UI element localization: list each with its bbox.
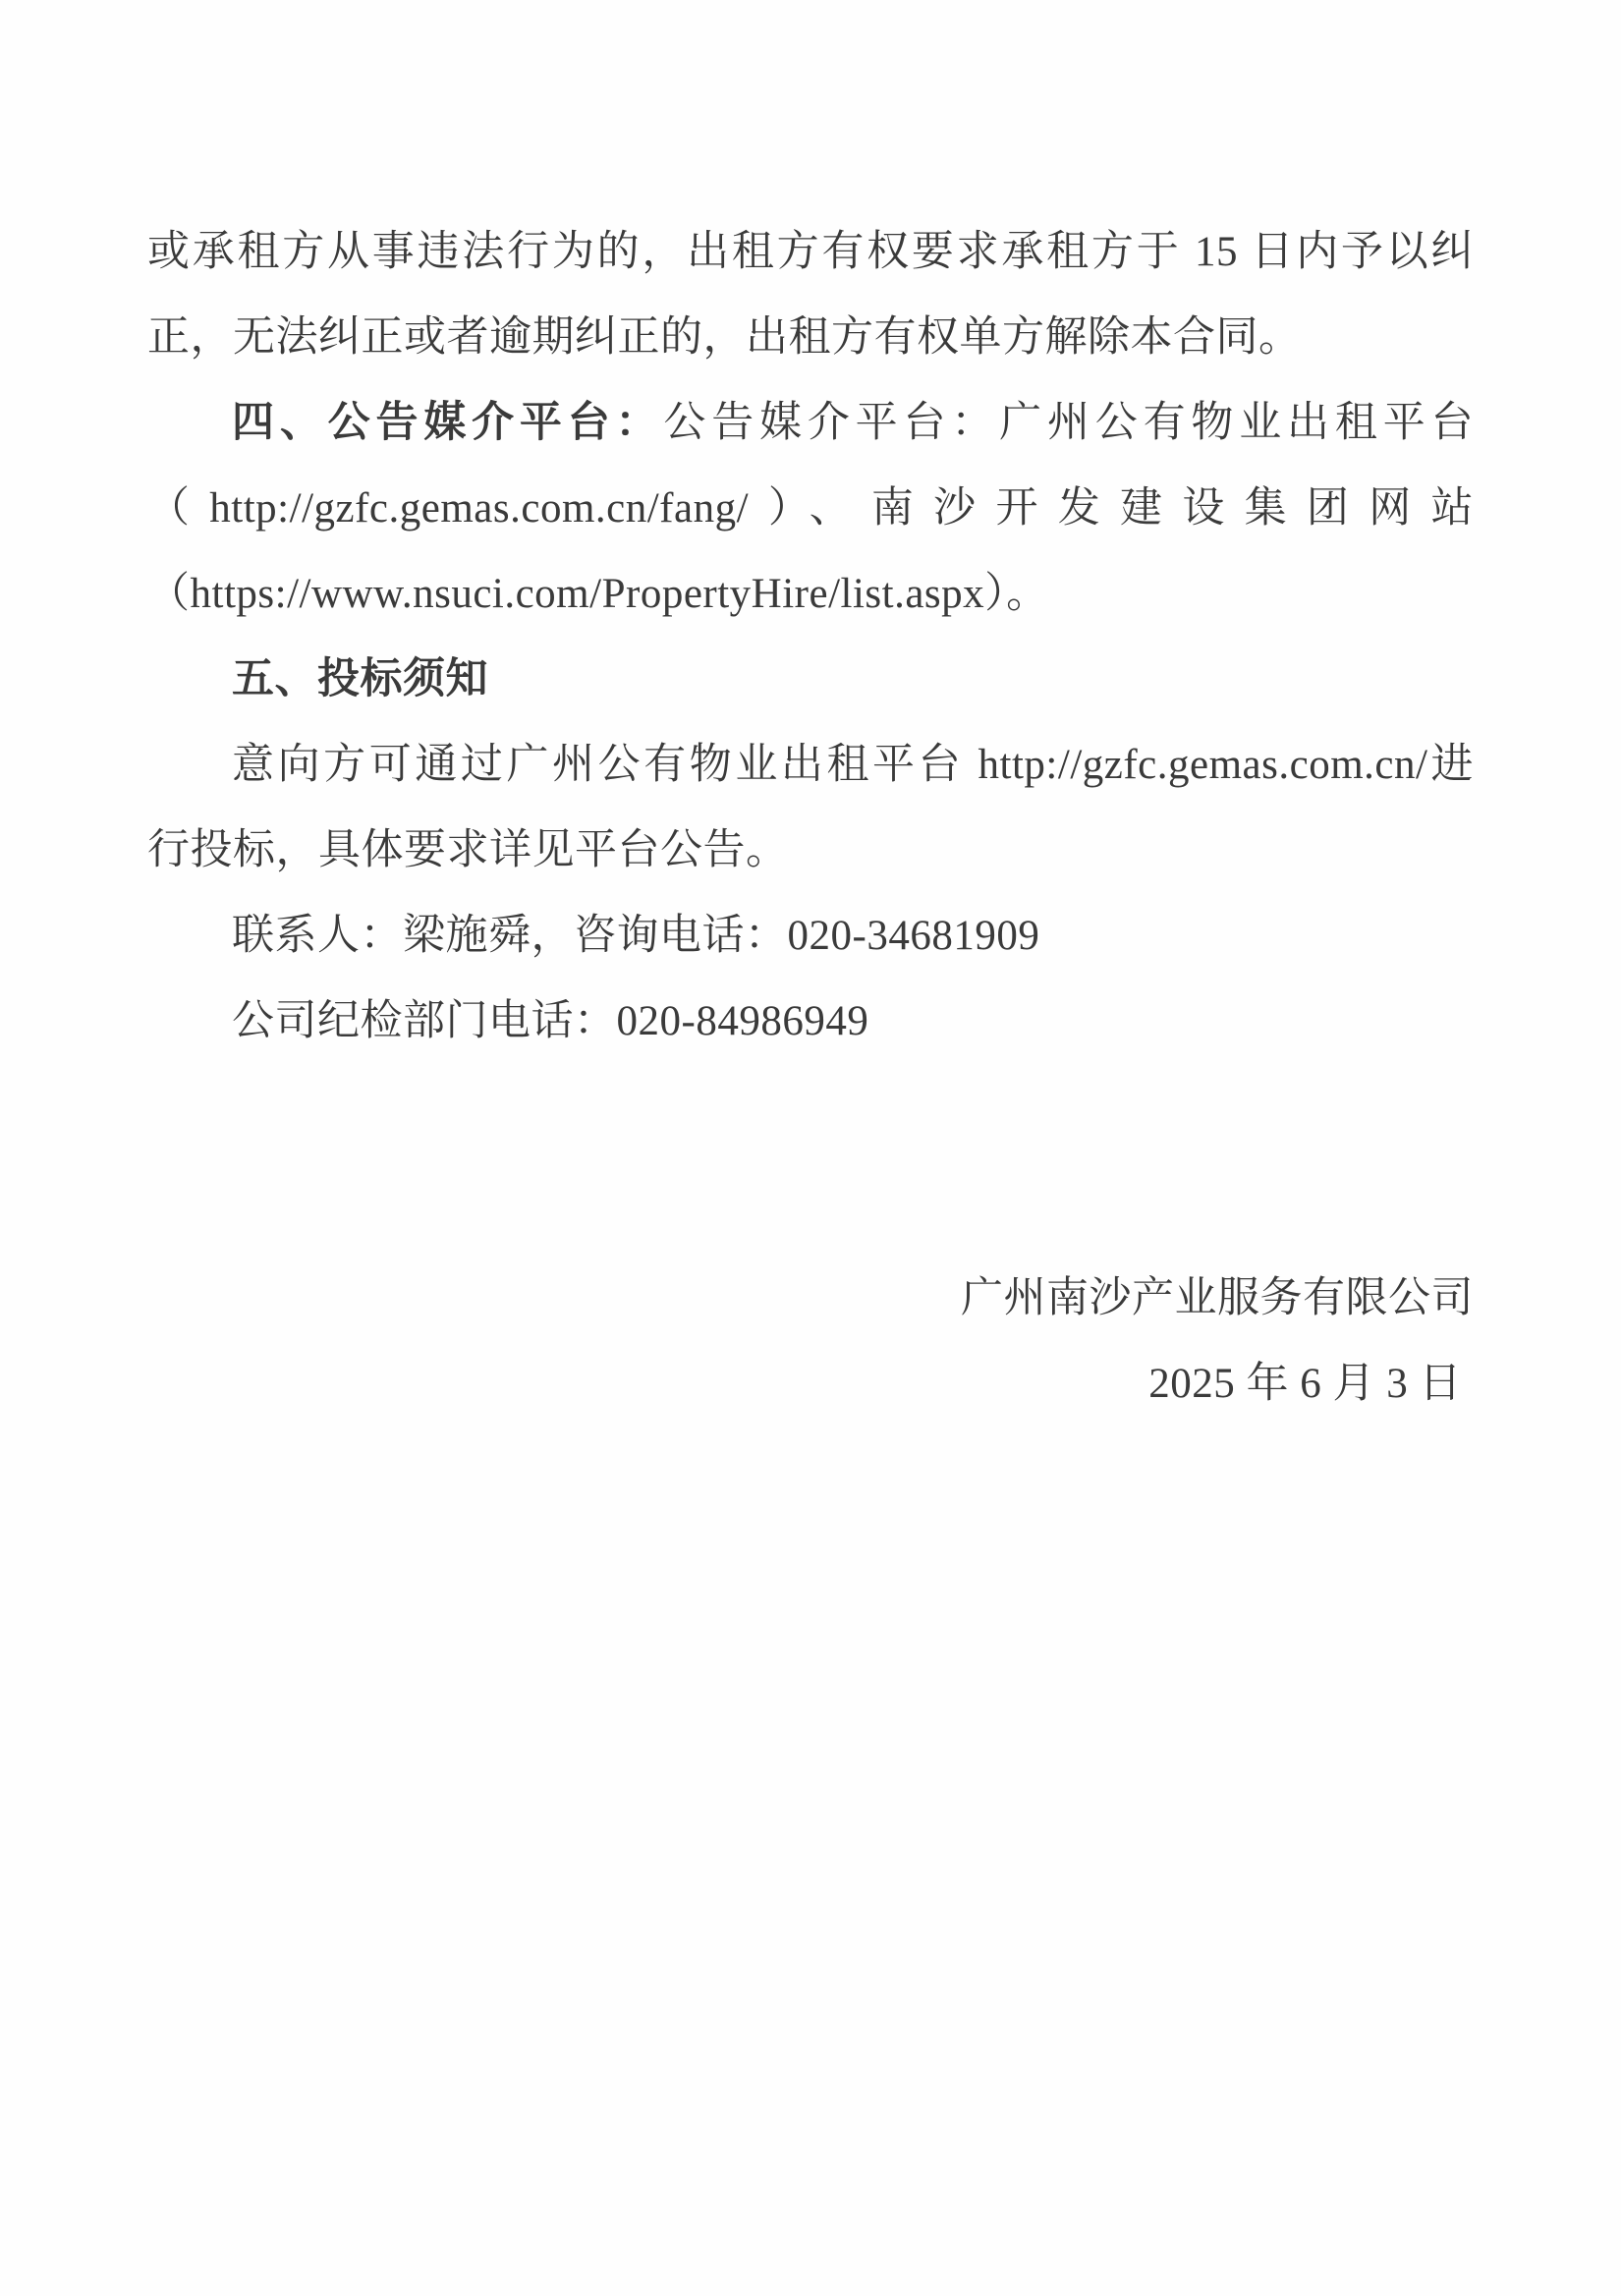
- text-line: （http://gzfc.gemas.com.cn/fang/）、南沙开发建设集…: [147, 466, 1474, 551]
- bold-heading: 四、公告媒介平台：: [232, 400, 663, 446]
- signature-date: 2025 年 6 月 3 日: [961, 1341, 1474, 1427]
- text-line: 或承租方从事违法行为的，出租方有权要求承租方于 15 日内予以纠: [147, 209, 1474, 295]
- document-page: 或承租方从事违法行为的，出租方有权要求承租方于 15 日内予以纠正，无法纠正或者…: [0, 0, 1621, 2296]
- text-line: 意向方可通过广州公有物业出租平台 http://gzfc.gemas.com.c…: [147, 722, 1474, 808]
- text-line: 联系人：梁施舜，咨询电话：020-34681909: [147, 893, 1474, 979]
- bold-heading: 五、投标须知: [232, 656, 488, 702]
- signature-company: 广州南沙产业服务有限公司: [961, 1256, 1474, 1341]
- text-line: 行投标，具体要求详见平台公告。: [147, 808, 1474, 893]
- text-line: 正，无法纠正或者逾期纠正的，出租方有权单方解除本合同。: [147, 295, 1474, 380]
- text-line: 五、投标须知: [147, 637, 1474, 722]
- text-line: （https://www.nsuci.com/PropertyHire/list…: [147, 551, 1474, 637]
- document-body: 或承租方从事违法行为的，出租方有权要求承租方于 15 日内予以纠正，无法纠正或者…: [147, 209, 1474, 1064]
- text-line: 公司纪检部门电话：020-84986949: [147, 979, 1474, 1064]
- text-line: 四、公告媒介平台：公告媒介平台：广州公有物业出租平台: [147, 380, 1474, 466]
- signature-block: 广州南沙产业服务有限公司 2025 年 6 月 3 日: [961, 1256, 1474, 1427]
